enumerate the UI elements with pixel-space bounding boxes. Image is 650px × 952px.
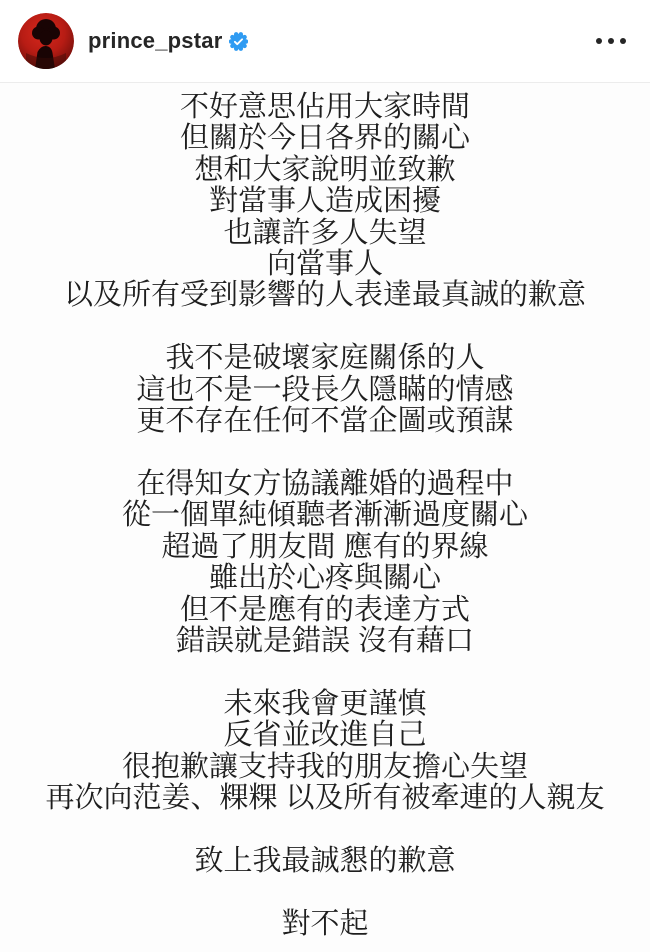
post-text-blank-line — [0, 312, 650, 343]
post-text-line: 但不是應有的表達方式 — [0, 595, 650, 626]
post-text-line: 但關於今日各界的關心 — [0, 123, 650, 154]
username-row: prince_pstar — [74, 28, 594, 54]
more-options-icon — [620, 38, 626, 44]
post-text: 不好意思佔用大家時間但關於今日各界的關心想和大家說明並致歉對當事人造成困擾也讓許… — [0, 92, 650, 940]
post-text-line: 致上我最誠懇的歉意 — [0, 846, 650, 877]
post-text-blank-line — [0, 437, 650, 468]
post-text-line: 未來我會更謹慎 — [0, 689, 650, 720]
post-content: 不好意思佔用大家時間但關於今日各界的關心想和大家說明並致歉對當事人造成困擾也讓許… — [0, 83, 650, 952]
post-text-line: 超過了朋友間 應有的界線 — [0, 532, 650, 563]
verified-badge-icon — [229, 32, 248, 51]
post-text-line: 很抱歉讓支持我的朋友擔心失望 — [0, 752, 650, 783]
post-text-line: 更不存在任何不當企圖或預謀 — [0, 406, 650, 437]
post-text-line: 想和大家說明並致歉 — [0, 155, 650, 186]
post-text-line: 我不是破壞家庭關係的人 — [0, 343, 650, 374]
post-text-line: 不好意思佔用大家時間 — [0, 92, 650, 123]
post-header: prince_pstar — [0, 0, 650, 83]
avatar-image — [18, 13, 74, 69]
more-options-icon — [596, 38, 602, 44]
post-text-blank-line — [0, 877, 650, 908]
post-text-line: 對當事人造成困擾 — [0, 186, 650, 217]
post-text-line: 雖出於心疼與關心 — [0, 563, 650, 594]
post-text-line: 以及所有受到影響的人表達最真誠的歉意 — [0, 280, 650, 311]
post-text-line: 在得知女方協議離婚的過程中 — [0, 469, 650, 500]
post-text-line: 這也不是一段長久隱瞞的情感 — [0, 375, 650, 406]
post-text-line: 反省並改進自己 — [0, 720, 650, 751]
post-text-line: 也讓許多人失望 — [0, 218, 650, 249]
post-text-line: 錯誤就是錯誤 沒有藉口 — [0, 626, 650, 657]
post-text-blank-line — [0, 814, 650, 845]
post-text-line: 對不起 — [0, 909, 650, 940]
post-text-line: 從一個單純傾聽者漸漸過度關心 — [0, 500, 650, 531]
more-options-button[interactable] — [594, 28, 628, 54]
more-options-icon — [608, 38, 614, 44]
post-text-line: 再次向范姜、粿粿 以及所有被牽連的人親友 — [0, 783, 650, 814]
username[interactable]: prince_pstar — [88, 28, 222, 54]
post-text-blank-line — [0, 657, 650, 688]
avatar[interactable] — [18, 13, 74, 69]
instagram-post: prince_pstar — [0, 0, 650, 952]
post-text-line: 向當事人 — [0, 249, 650, 280]
